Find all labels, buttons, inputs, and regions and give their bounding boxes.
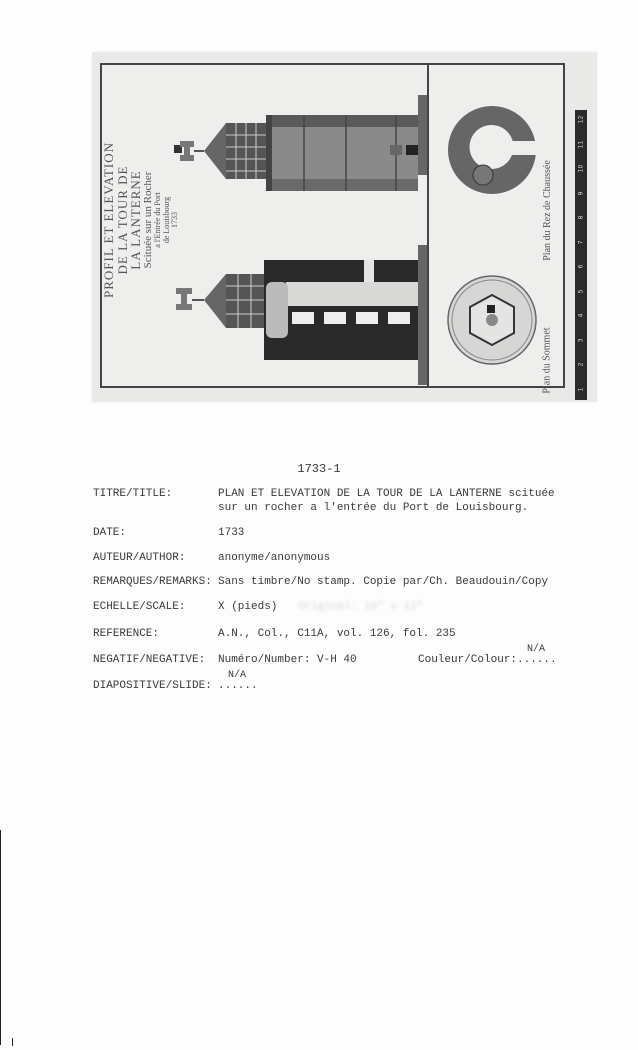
ruler-tick-label: 2	[578, 360, 585, 370]
field-label: NEGATIF/NEGATIVE:	[93, 653, 205, 667]
field-value: X (pieds)	[218, 600, 277, 614]
field-value: A.N., Col., C11A, vol. 126, fol. 235	[218, 627, 456, 641]
colour-field: Couleur/Colour:N/A......	[418, 653, 557, 667]
measurement-ruler: 123456789101112	[575, 110, 587, 400]
field-label: ECHELLE/SCALE:	[93, 600, 185, 614]
ruler-tick-label: 7	[578, 237, 585, 247]
ruler-tick-label: 5	[578, 286, 585, 296]
field-value: anonyme/anonymous	[218, 551, 330, 565]
ruler-tick-label: 8	[578, 213, 585, 223]
ruler-tick-label: 1	[578, 385, 585, 395]
field-label: DATE:	[93, 526, 126, 540]
colour-note: N/A	[527, 643, 545, 657]
ruler-tick-label: 3	[578, 335, 585, 345]
ground-floor-plan	[447, 105, 537, 195]
field-label: REMARQUES/REMARKS:	[93, 575, 212, 589]
plate-title-line: Scituée sur un Rocher	[142, 172, 154, 269]
ruler-tick-label: 4	[578, 311, 585, 321]
ruler-tick-label: 9	[578, 188, 585, 198]
plate-divider	[427, 65, 429, 386]
card-number: 1733-1	[0, 462, 638, 476]
field-value: Sans timbre/No stamp. Copie par/Ch. Beau…	[218, 575, 548, 589]
field-value: Numéro/Number: V-H 40	[218, 653, 357, 667]
plate-title-year: 1733	[170, 212, 179, 228]
field-label: DIAPOSITIVE/SLIDE:	[93, 679, 212, 693]
scan-tick-mark	[12, 1038, 13, 1046]
field-value-wrapper: N/A......	[218, 679, 258, 693]
plan-label-ground: Plan du Rez de Chaussée	[542, 160, 553, 261]
tower-profile-drawing	[174, 260, 424, 370]
scan-edge-mark	[0, 830, 1, 1045]
ruler-tick-label: 10	[578, 164, 585, 174]
field-value: 1733	[218, 526, 244, 540]
plan-label-summit: Plan du Sommet	[542, 327, 553, 393]
archival-photograph: PROFIL ET ELEVATION DE LA TOUR DE LA LAN…	[92, 52, 597, 402]
ruler-tick-label: 11	[578, 139, 585, 149]
field-label: REFERENCE:	[93, 627, 159, 641]
obscured-text: Original: 18" x 12"	[298, 600, 423, 614]
ruler-tick-label: 6	[578, 262, 585, 272]
colour-label: Couleur/Colour:	[418, 654, 517, 666]
ruler-tick-label: 12	[578, 115, 585, 125]
tower-elevation-drawing	[174, 105, 424, 200]
field-value-line2: sur un rocher a l'entrée du Port de Loui…	[218, 501, 528, 515]
field-value: PLAN ET ELEVATION DE LA TOUR DE LA LANTE…	[218, 487, 555, 501]
drawing-plate: PROFIL ET ELEVATION DE LA TOUR DE LA LAN…	[100, 63, 565, 388]
plate-title: PROFIL ET ELEVATION DE LA TOUR DE LA LAN…	[102, 55, 132, 385]
field-label: AUTEUR/AUTHOR:	[93, 551, 185, 565]
slide-note: N/A	[228, 669, 246, 683]
field-label: TITRE/TITLE:	[93, 487, 172, 501]
summit-plan	[447, 275, 537, 365]
